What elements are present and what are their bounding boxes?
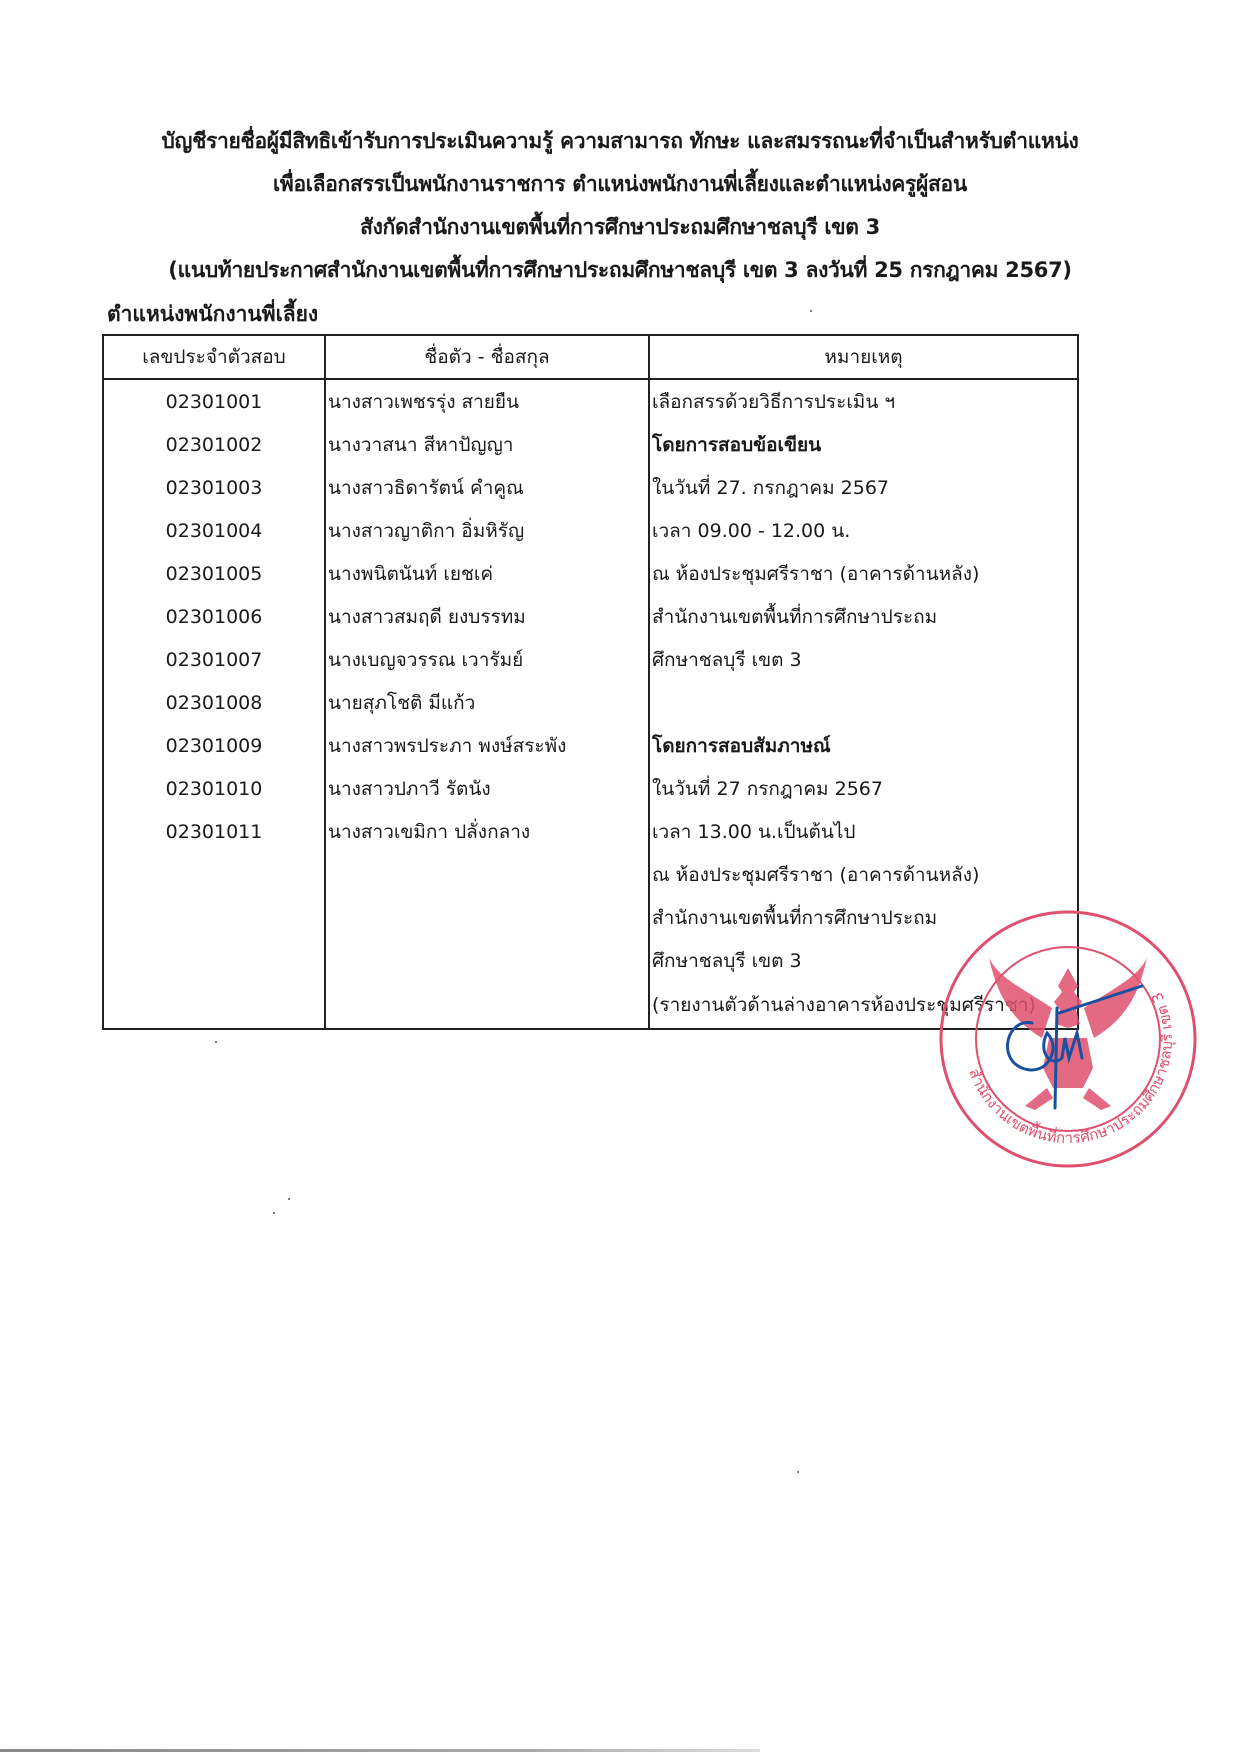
column-header-exam-id: เลขประจำตัวสอบ (103, 335, 325, 379)
document-title-line-4: (แนบท้ายประกาศสำนักงานเขตพื้นที่การศึกษา… (0, 255, 1240, 285)
table-row: 02301002นางวาสนา สีหาปัญญาโดยการสอบข้อเข… (103, 423, 1078, 466)
table-row: 02301003นางสาวธิดารัตน์ คำคูณในวันที่ 27… (103, 466, 1078, 509)
document-title-line-3: สังกัดสำนักงานเขตพื้นที่การศึกษาประถมศึก… (0, 212, 1240, 242)
note-cell: ศึกษาชลบุรี เขต 3 (649, 939, 1078, 982)
candidate-table: เลขประจำตัวสอบ ชื่อตัว - ชื่อสกุล หมายเห… (102, 334, 1079, 1030)
exam-id-cell: 02301010 (103, 767, 325, 810)
exam-id-cell: 02301008 (103, 681, 325, 724)
note-cell: ณ ห้องประชุมศรีราชา (อาคารด้านหลัง) (649, 552, 1078, 595)
column-header-note: หมายเหตุ (649, 335, 1078, 379)
candidate-name-cell: นางสาวปภาวี รัตนัง (325, 767, 649, 810)
candidate-name-cell: นางสาวเพชรรุ่ง สายยืน (325, 379, 649, 423)
exam-id-cell: 02301002 (103, 423, 325, 466)
candidate-name-cell: นางสาวญาติกา อิ่มหิรัญ (325, 509, 649, 552)
exam-id-cell: 02301011 (103, 810, 325, 853)
note-cell: เวลา 09.00 - 12.00 น. (649, 509, 1078, 552)
note-cell: ณ ห้องประชุมศรีราชา (อาคารด้านหลัง) (649, 853, 1078, 896)
exam-id-cell (103, 896, 325, 939)
exam-id-cell (103, 982, 325, 1029)
exam-id-cell: 02301007 (103, 638, 325, 681)
scan-artifact (797, 1471, 799, 1473)
table-row: 02301001นางสาวเพชรรุ่ง สายยืนเลือกสรรด้ว… (103, 379, 1078, 423)
candidate-name-cell: นางพนิตนันท์ เยชเค่ (325, 552, 649, 595)
scan-artifact (288, 1198, 290, 1200)
candidate-name-cell (325, 982, 649, 1029)
exam-id-cell (103, 939, 325, 982)
candidate-name-cell (325, 853, 649, 896)
table-row: 02301004นางสาวญาติกา อิ่มหิรัญเวลา 09.00… (103, 509, 1078, 552)
note-cell: ในวันที่ 27. กรกฎาคม 2567 (649, 466, 1078, 509)
candidate-name-cell: นายสุภโชติ มีแก้ว (325, 681, 649, 724)
table-row: 02301010นางสาวปภาวี รัตนังในวันที่ 27 กร… (103, 767, 1078, 810)
candidate-name-cell: นางสาวสมฤดี ยงบรรทม (325, 595, 649, 638)
note-cell: สำนักงานเขตพื้นที่การศึกษาประถม (649, 896, 1078, 939)
exam-id-cell: 02301003 (103, 466, 325, 509)
scan-edge-line (0, 1749, 760, 1752)
candidate-name-cell (325, 896, 649, 939)
scan-artifact (810, 310, 812, 312)
note-cell: โดยการสอบสัมภาษณ์ (649, 724, 1078, 767)
note-cell (649, 681, 1078, 724)
note-cell: โดยการสอบข้อเขียน (649, 423, 1078, 466)
exam-id-cell (103, 853, 325, 896)
table-row: สำนักงานเขตพื้นที่การศึกษาประถม (103, 896, 1078, 939)
table-row: (รายงานตัวด้านล่างอาคารห้องประชุมศรีราชา… (103, 982, 1078, 1029)
candidate-name-cell: นางสาวพรประภา พงษ์สระพัง (325, 724, 649, 767)
note-cell: ในวันที่ 27 กรกฎาคม 2567 (649, 767, 1078, 810)
candidate-name-cell (325, 939, 649, 982)
candidate-name-cell: นางสาวเขมิกา ปลั่งกลาง (325, 810, 649, 853)
exam-id-cell: 02301006 (103, 595, 325, 638)
table-row: 02301009นางสาวพรประภา พงษ์สระพังโดยการสอ… (103, 724, 1078, 767)
note-cell: สำนักงานเขตพื้นที่การศึกษาประถม (649, 595, 1078, 638)
table-row: ณ ห้องประชุมศรีราชา (อาคารด้านหลัง) (103, 853, 1078, 896)
table-row: 02301006นางสาวสมฤดี ยงบรรทมสำนักงานเขตพื… (103, 595, 1078, 638)
table-row: 02301005นางพนิตนันท์ เยชเค่ณ ห้องประชุมศ… (103, 552, 1078, 595)
note-cell: ศึกษาชลบุรี เขต 3 (649, 638, 1078, 681)
document-title-line-2: เพื่อเลือกสรรเป็นพนักงานราชการ ตำแหน่งพน… (0, 169, 1240, 199)
table-row: 02301011นางสาวเขมิกา ปลั่งกลางเวลา 13.00… (103, 810, 1078, 853)
exam-id-cell: 02301001 (103, 379, 325, 423)
candidate-name-cell: นางสาวธิดารัตน์ คำคูณ (325, 466, 649, 509)
scan-artifact (273, 1212, 275, 1214)
table-row: 02301007นางเบญจวรรณ เวารัมย์ศึกษาชลบุรี … (103, 638, 1078, 681)
exam-id-cell: 02301009 (103, 724, 325, 767)
note-cell: เวลา 13.00 น.เป็นต้นไป (649, 810, 1078, 853)
candidate-name-cell: นางเบญจวรรณ เวารัมย์ (325, 638, 649, 681)
document-title-line-1: บัญชีรายชื่อผู้มีสิทธิเข้ารับการประเมินค… (0, 126, 1240, 156)
column-header-name: ชื่อตัว - ชื่อสกุล (325, 335, 649, 379)
exam-id-cell: 02301005 (103, 552, 325, 595)
table-row: 02301008นายสุภโชติ มีแก้ว (103, 681, 1078, 724)
table-row: ศึกษาชลบุรี เขต 3 (103, 939, 1078, 982)
table-header-row: เลขประจำตัวสอบ ชื่อตัว - ชื่อสกุล หมายเห… (103, 335, 1078, 379)
candidate-name-cell: นางวาสนา สีหาปัญญา (325, 423, 649, 466)
note-cell: (รายงานตัวด้านล่างอาคารห้องประชุมศรีราชา… (649, 982, 1078, 1029)
note-cell: เลือกสรรด้วยวิธีการประเมิน ฯ (649, 379, 1078, 423)
table-body: 02301001นางสาวเพชรรุ่ง สายยืนเลือกสรรด้ว… (103, 379, 1078, 1029)
exam-id-cell: 02301004 (103, 509, 325, 552)
section-title: ตำแหน่งพนักงานพี่เลี้ยง (107, 299, 318, 329)
scan-artifact (215, 1041, 217, 1043)
